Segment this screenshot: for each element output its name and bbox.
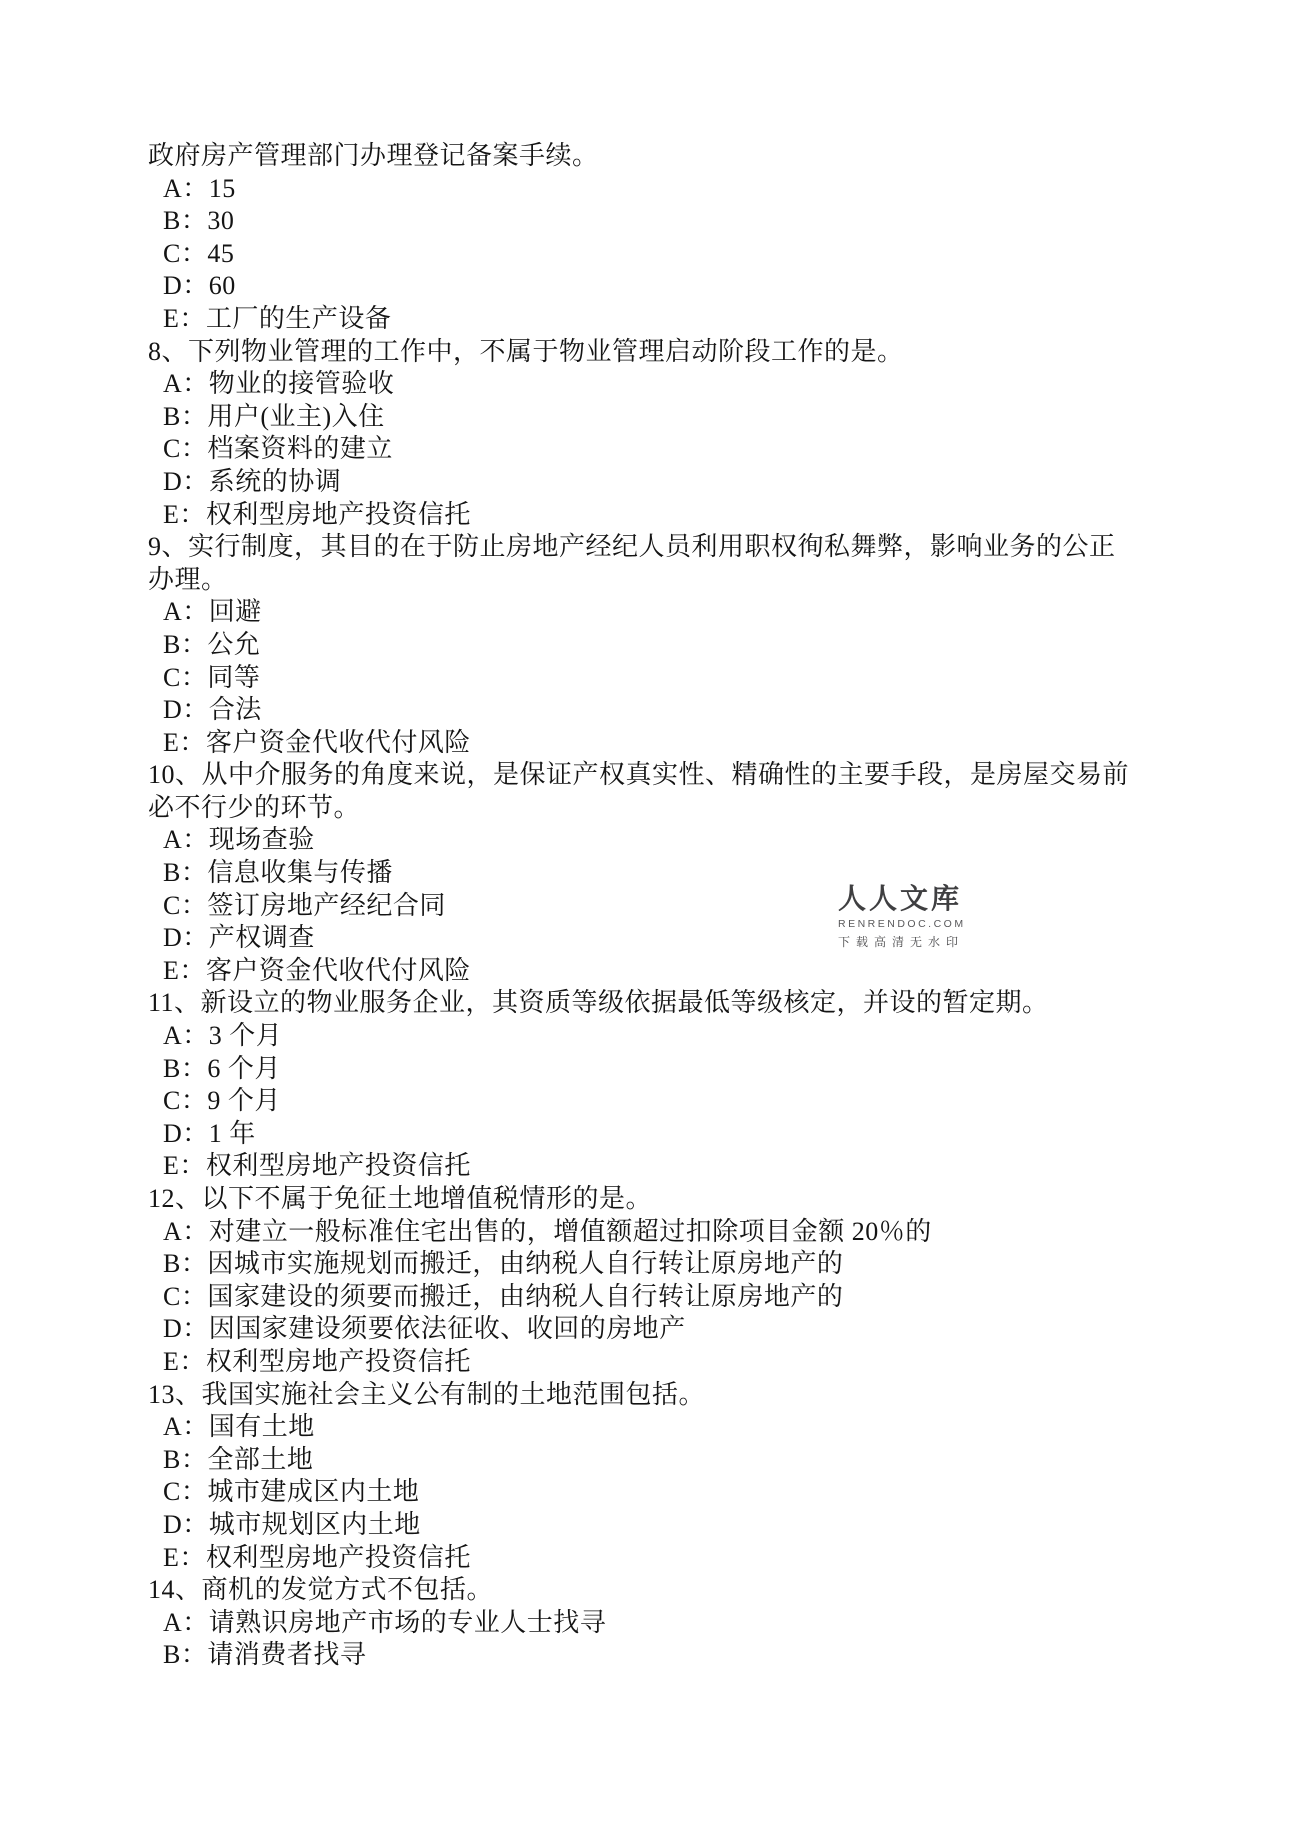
option-line: A：回避	[148, 596, 1158, 629]
option-line: B：30	[148, 205, 1158, 238]
option-line: E：工厂的生产设备	[148, 303, 1158, 336]
question-text: 14、商机的发觉方式不包括。	[148, 1574, 1158, 1607]
option-line: A：15	[148, 173, 1158, 206]
option-line: A：现场查验	[148, 824, 1158, 857]
option-line: B：全部土地	[148, 1444, 1158, 1477]
option-line: B：6 个月	[148, 1053, 1158, 1086]
question-block-q8: 8、下列物业管理的工作中，不属于物业管理启动阶段工作的是。A：物业的接管验收B：…	[148, 336, 1158, 532]
option-line: B：因城市实施规划而搬迁，由纳税人自行转让原房地产的	[148, 1248, 1158, 1281]
question-text: 政府房产管理部门办理登记备案手续。	[148, 140, 1158, 173]
option-line: B：信息收集与传播	[148, 857, 1158, 890]
document-page: 政府房产管理部门办理登记备案手续。A：15B：30C：45D：60E：工厂的生产…	[0, 0, 1302, 1841]
question-block-q13: 13、我国实施社会主义公有制的土地范围包括。A：国有土地B：全部土地C：城市建成…	[148, 1379, 1158, 1575]
option-line: C：国家建设的须要而搬迁，由纳税人自行转让原房地产的	[148, 1281, 1158, 1314]
question-text-continuation: 必不行少的环节。	[148, 792, 1158, 825]
option-line: E：权利型房地产投资信托	[148, 1346, 1158, 1379]
question-text: 11、新设立的物业服务企业，其资质等级依据最低等级核定，并设的暂定期。	[148, 987, 1158, 1020]
option-line: E：权利型房地产投资信托	[148, 1542, 1158, 1575]
question-block-q7-continuation: 政府房产管理部门办理登记备案手续。A：15B：30C：45D：60E：工厂的生产…	[148, 140, 1158, 336]
option-line: E：客户资金代收代付风险	[148, 955, 1158, 988]
option-line: E：权利型房地产投资信托	[148, 499, 1158, 532]
question-text: 9、实行制度，其目的在于防止房地产经纪人员利用职权徇私舞弊，影响业务的公正	[148, 531, 1158, 564]
option-line: C：同等	[148, 662, 1158, 695]
question-text-continuation: 办理。	[148, 564, 1158, 597]
option-line: C：9 个月	[148, 1085, 1158, 1118]
option-line: B：用户(业主)入住	[148, 401, 1158, 434]
question-text: 13、我国实施社会主义公有制的土地范围包括。	[148, 1379, 1158, 1412]
question-text: 8、下列物业管理的工作中，不属于物业管理启动阶段工作的是。	[148, 336, 1158, 369]
question-text: 10、从中介服务的角度来说，是保证产权真实性、精确性的主要手段，是房屋交易前	[148, 759, 1158, 792]
option-line: E：权利型房地产投资信托	[148, 1150, 1158, 1183]
watermark-domain-text: RENRENDOC.COM	[838, 919, 1018, 930]
option-line: C：档案资料的建立	[148, 433, 1158, 466]
question-block-q14: 14、商机的发觉方式不包括。A：请熟识房地产市场的专业人士找寻B：请消费者找寻	[148, 1574, 1158, 1672]
option-line: D：系统的协调	[148, 466, 1158, 499]
question-block-q10: 10、从中介服务的角度来说，是保证产权真实性、精确性的主要手段，是房屋交易前必不…	[148, 759, 1158, 987]
option-line: A：请熟识房地产市场的专业人士找寻	[148, 1607, 1158, 1640]
option-line: B：公允	[148, 629, 1158, 662]
question-block-q9: 9、实行制度，其目的在于防止房地产经纪人员利用职权徇私舞弊，影响业务的公正办理。…	[148, 531, 1158, 759]
question-block-q11: 11、新设立的物业服务企业，其资质等级依据最低等级核定，并设的暂定期。A：3 个…	[148, 987, 1158, 1183]
option-line: A：国有土地	[148, 1411, 1158, 1444]
option-line: D：城市规划区内土地	[148, 1509, 1158, 1542]
watermark-tagline-text: 下载高清无水印	[838, 936, 1018, 948]
option-line: B：请消费者找寻	[148, 1639, 1158, 1672]
option-line: A：物业的接管验收	[148, 368, 1158, 401]
option-line: E：客户资金代收代付风险	[148, 727, 1158, 760]
watermark-logo-text: 人人文库	[838, 886, 1018, 914]
watermark: 人人文库 RENRENDOC.COM 下载高清无水印	[838, 886, 1018, 948]
option-line: D：因国家建设须要依法征收、收回的房地产	[148, 1313, 1158, 1346]
option-line: D：1 年	[148, 1118, 1158, 1151]
option-line: A：对建立一般标准住宅出售的，增值额超过扣除项目金额 20％的	[148, 1216, 1158, 1249]
option-line: D：合法	[148, 694, 1158, 727]
option-line: C：城市建成区内土地	[148, 1476, 1158, 1509]
option-line: A：3 个月	[148, 1020, 1158, 1053]
question-text: 12、以下不属于免征土地增值税情形的是。	[148, 1183, 1158, 1216]
option-line: C：45	[148, 238, 1158, 271]
option-line: D：60	[148, 270, 1158, 303]
question-block-q12: 12、以下不属于免征土地增值税情形的是。A：对建立一般标准住宅出售的，增值额超过…	[148, 1183, 1158, 1379]
